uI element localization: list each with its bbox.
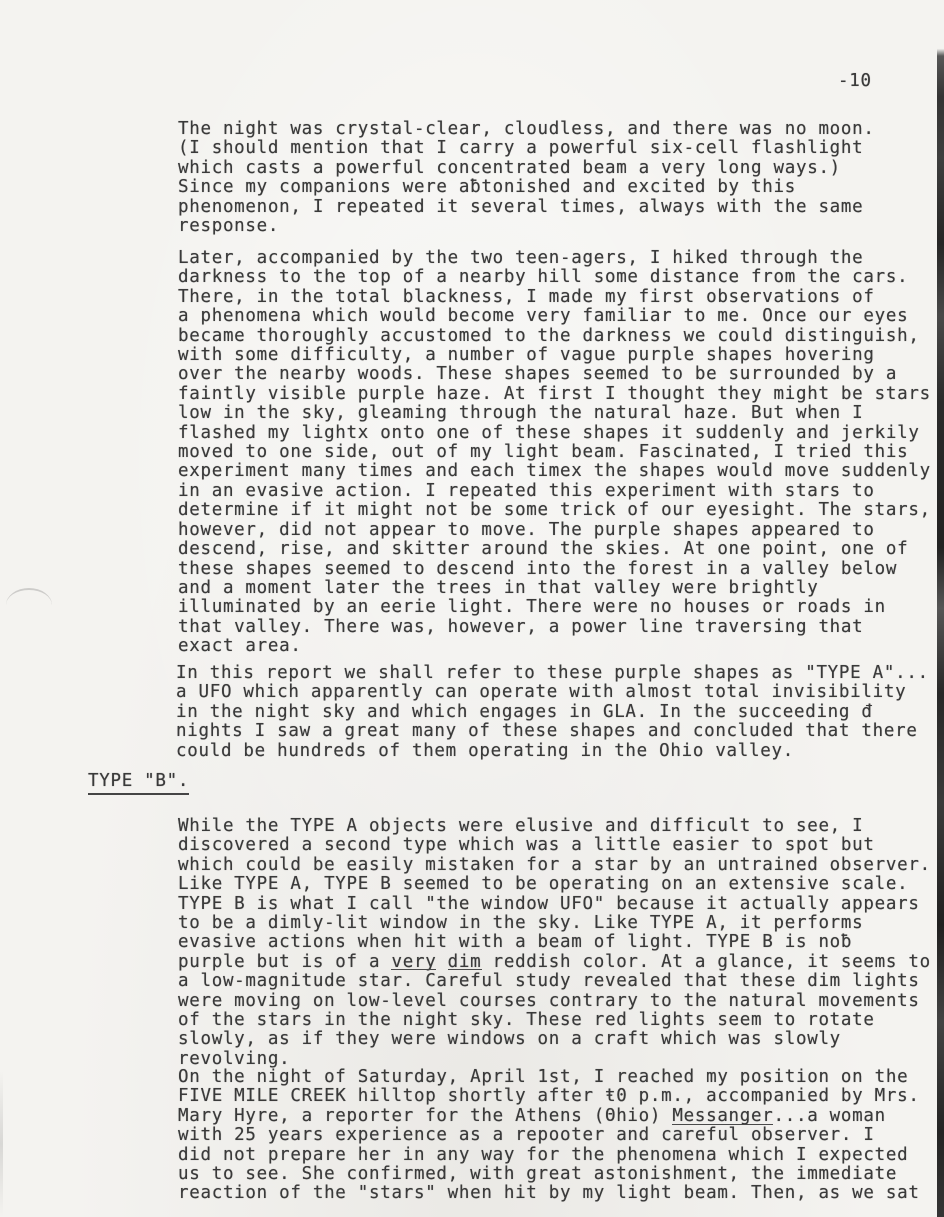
scan-artifact-arc <box>6 588 52 606</box>
paragraph-type-a-definition: In this report we shall refer to these p… <box>176 664 929 761</box>
underline-dim <box>448 969 482 970</box>
paragraph-april-first-account: On the night of Saturday, April 1st, I r… <box>178 1068 920 1204</box>
section-heading-type-b: TYPE "B". <box>88 771 189 791</box>
underline-messanger <box>672 1124 773 1125</box>
section-heading-text: TYPE "B". <box>88 771 189 795</box>
underline-very <box>391 969 436 970</box>
paragraph-hilltop-observations: Later, accompanied by the two teen-agers… <box>178 249 931 657</box>
paragraph-type-b-description: While the TYPE A objects were elusive an… <box>178 817 931 1069</box>
scan-edge-shadow <box>937 0 944 1217</box>
scan-left-edge-shade <box>0 0 3 1217</box>
paragraph-night-description: The night was crystal-clear, cloudless, … <box>178 120 875 236</box>
page-number: -10 <box>838 71 872 91</box>
scanned-typewritten-page: -10 The night was crystal-clear, cloudle… <box>0 0 944 1217</box>
